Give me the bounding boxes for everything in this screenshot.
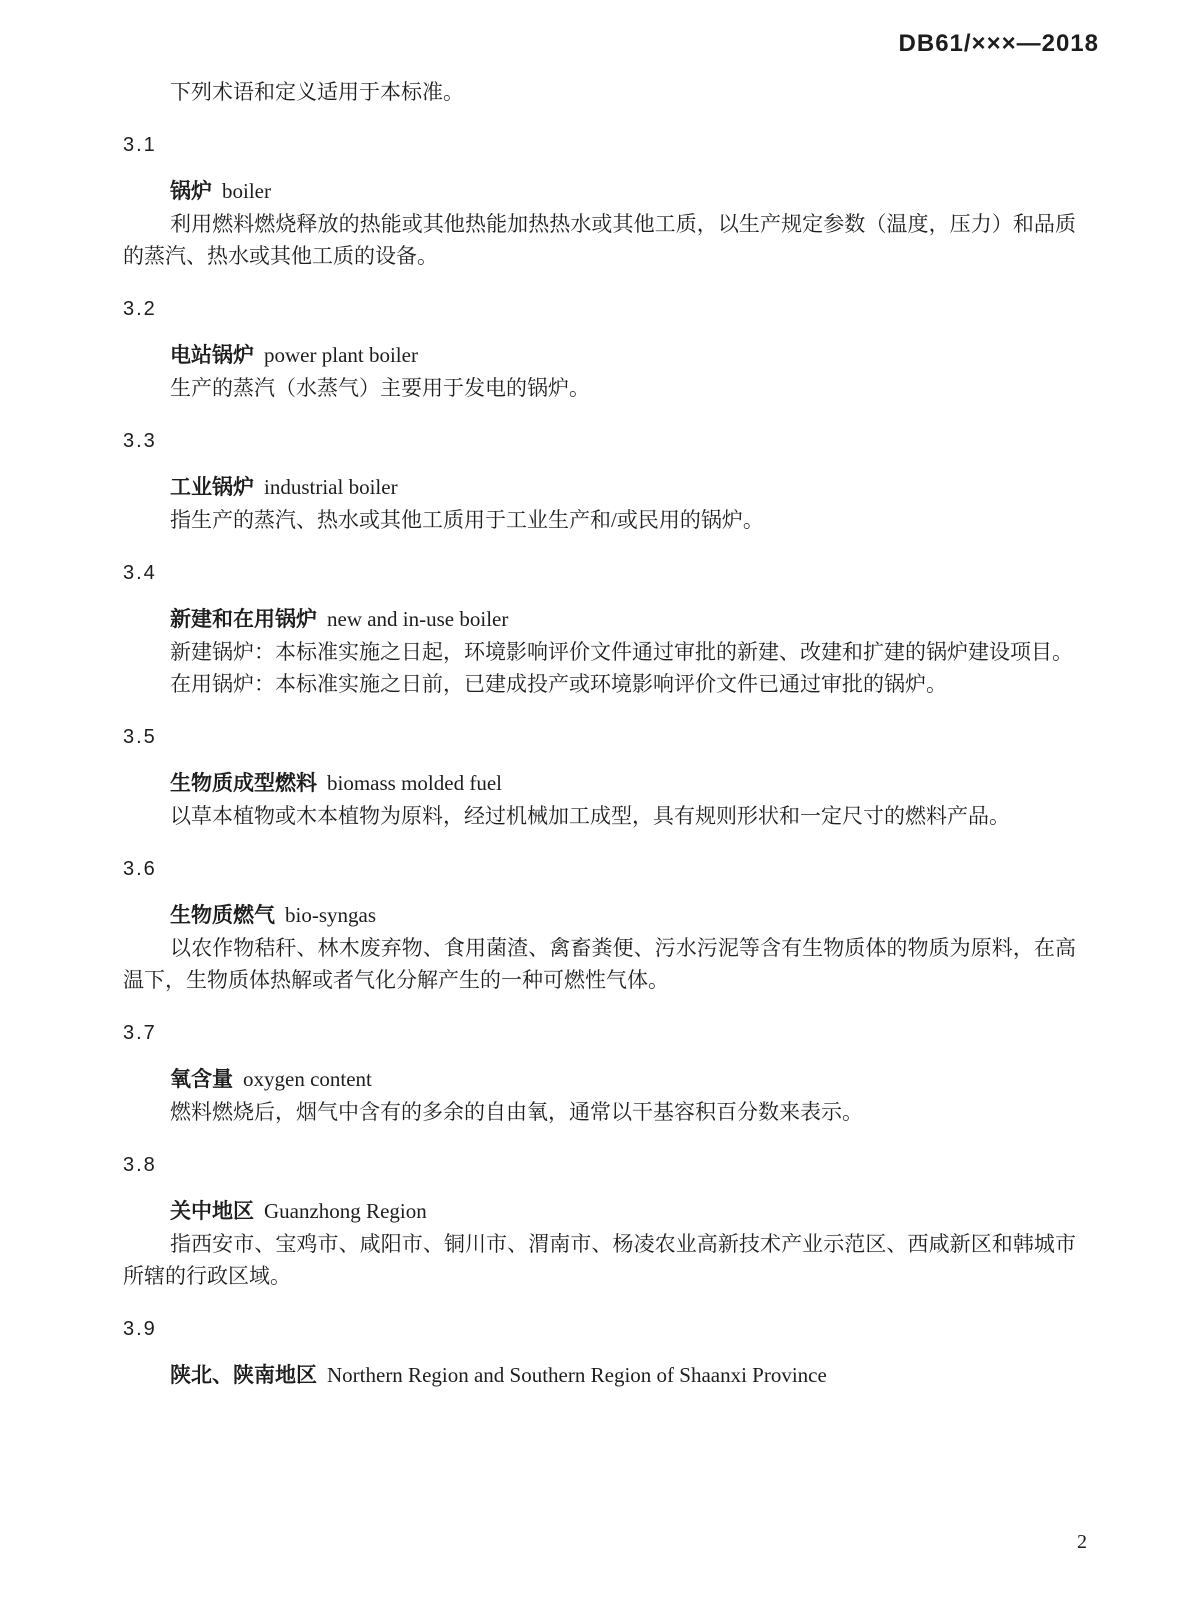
section-number: 3.7 bbox=[123, 1017, 1076, 1049]
section-number: 3.5 bbox=[123, 721, 1076, 753]
term-section: 3.2 电站锅炉power plant boiler 生产的蒸汽（水蒸气）主要用… bbox=[123, 293, 1076, 404]
term-english: oxygen content bbox=[243, 1067, 372, 1091]
standard-number: DB61/×××—2018 bbox=[899, 30, 1099, 57]
term-section: 3.4 新建和在用锅炉new and in-use boiler 新建锅炉：本标… bbox=[123, 557, 1076, 700]
term-chinese: 锅炉 bbox=[170, 180, 212, 203]
section-number: 3.3 bbox=[123, 425, 1076, 457]
section-number: 3.9 bbox=[123, 1313, 1076, 1345]
term-english: new and in-use boiler bbox=[327, 607, 508, 631]
term-chinese: 工业锅炉 bbox=[170, 476, 254, 499]
term-chinese: 氧含量 bbox=[170, 1068, 233, 1091]
definition-paragraph: 利用燃料燃烧释放的热能或其他热能加热热水或其他工质，以生产规定参数（温度，压力）… bbox=[123, 208, 1076, 272]
term-heading: 生物质燃气bio-syngas bbox=[123, 899, 1076, 932]
term-heading: 锅炉boiler bbox=[123, 175, 1076, 208]
term-section: 3.7 氧含量oxygen content 燃料燃烧后，烟气中含有的多余的自由氧… bbox=[123, 1017, 1076, 1128]
term-english: Guanzhong Region bbox=[264, 1199, 427, 1223]
definition-paragraph: 在用锅炉：本标准实施之日前，已建成投产或环境影响评价文件已通过审批的锅炉。 bbox=[123, 668, 1076, 700]
page-number: 2 bbox=[1077, 1531, 1087, 1553]
term-section: 3.5 生物质成型燃料biomass molded fuel 以草本植物或木本植… bbox=[123, 721, 1076, 832]
term-chinese: 生物质成型燃料 bbox=[170, 772, 317, 795]
term-heading: 关中地区Guanzhong Region bbox=[123, 1195, 1076, 1228]
page-footer: 2 bbox=[1077, 1528, 1087, 1556]
term-heading: 工业锅炉industrial boiler bbox=[123, 471, 1076, 504]
term-section: 3.8 关中地区Guanzhong Region 指西安市、宝鸡市、咸阳市、铜川… bbox=[123, 1149, 1076, 1292]
term-section: 3.9 陕北、陕南地区Northern Region and Southern … bbox=[123, 1313, 1076, 1392]
definition-paragraph: 生产的蒸汽（水蒸气）主要用于发电的锅炉。 bbox=[123, 372, 1076, 404]
definition-paragraph: 燃料燃烧后，烟气中含有的多余的自由氧，通常以干基容积百分数来表示。 bbox=[123, 1096, 1076, 1128]
document-body: 下列术语和定义适用于本标准。 3.1 锅炉boiler 利用燃料燃烧释放的热能或… bbox=[123, 76, 1076, 1392]
term-heading: 氧含量oxygen content bbox=[123, 1063, 1076, 1096]
term-english: industrial boiler bbox=[264, 475, 398, 499]
term-heading: 新建和在用锅炉new and in-use boiler bbox=[123, 603, 1076, 636]
section-number: 3.4 bbox=[123, 557, 1076, 589]
term-chinese: 生物质燃气 bbox=[170, 904, 275, 927]
term-chinese: 新建和在用锅炉 bbox=[170, 608, 317, 631]
term-heading: 电站锅炉power plant boiler bbox=[123, 339, 1076, 372]
term-english: boiler bbox=[222, 179, 271, 203]
term-chinese: 电站锅炉 bbox=[170, 344, 254, 367]
term-section: 3.6 生物质燃气bio-syngas 以农作物秸秆、林木废弃物、食用菌渣、禽畜… bbox=[123, 853, 1076, 996]
section-number: 3.8 bbox=[123, 1149, 1076, 1181]
term-english: Northern Region and Southern Region of S… bbox=[327, 1363, 827, 1387]
term-english: power plant boiler bbox=[264, 343, 418, 367]
terms-and-definitions-list: 3.1 锅炉boiler 利用燃料燃烧释放的热能或其他热能加热热水或其他工质，以… bbox=[123, 129, 1076, 1392]
page-header: DB61/×××—2018 bbox=[899, 30, 1099, 58]
section-number: 3.2 bbox=[123, 293, 1076, 325]
definition-paragraph: 指生产的蒸汽、热水或其他工质用于工业生产和/或民用的锅炉。 bbox=[123, 504, 1076, 536]
definition-paragraph: 以农作物秸秆、林木废弃物、食用菌渣、禽畜粪便、污水污泥等含有生物质体的物质为原料… bbox=[123, 932, 1076, 996]
term-english: biomass molded fuel bbox=[327, 771, 502, 795]
term-chinese: 关中地区 bbox=[170, 1200, 254, 1223]
definition-paragraph: 新建锅炉：本标准实施之日起，环境影响评价文件通过审批的新建、改建和扩建的锅炉建设… bbox=[123, 636, 1076, 668]
section-number: 3.6 bbox=[123, 853, 1076, 885]
section-number: 3.1 bbox=[123, 129, 1076, 161]
term-chinese: 陕北、陕南地区 bbox=[170, 1364, 317, 1387]
definition-paragraph: 以草本植物或木本植物为原料，经过机械加工成型，具有规则形状和一定尺寸的燃料产品。 bbox=[123, 800, 1076, 832]
term-english: bio-syngas bbox=[285, 903, 376, 927]
term-section: 3.3 工业锅炉industrial boiler 指生产的蒸汽、热水或其他工质… bbox=[123, 425, 1076, 536]
intro-paragraph: 下列术语和定义适用于本标准。 bbox=[123, 76, 1076, 108]
definition-paragraph: 指西安市、宝鸡市、咸阳市、铜川市、渭南市、杨凌农业高新技术产业示范区、西咸新区和… bbox=[123, 1228, 1076, 1292]
term-section: 3.1 锅炉boiler 利用燃料燃烧释放的热能或其他热能加热热水或其他工质，以… bbox=[123, 129, 1076, 272]
term-heading: 陕北、陕南地区Northern Region and Southern Regi… bbox=[123, 1359, 1076, 1392]
document-page: DB61/×××—2018 下列术语和定义适用于本标准。 3.1 锅炉boile… bbox=[0, 0, 1191, 1607]
term-heading: 生物质成型燃料biomass molded fuel bbox=[123, 767, 1076, 800]
